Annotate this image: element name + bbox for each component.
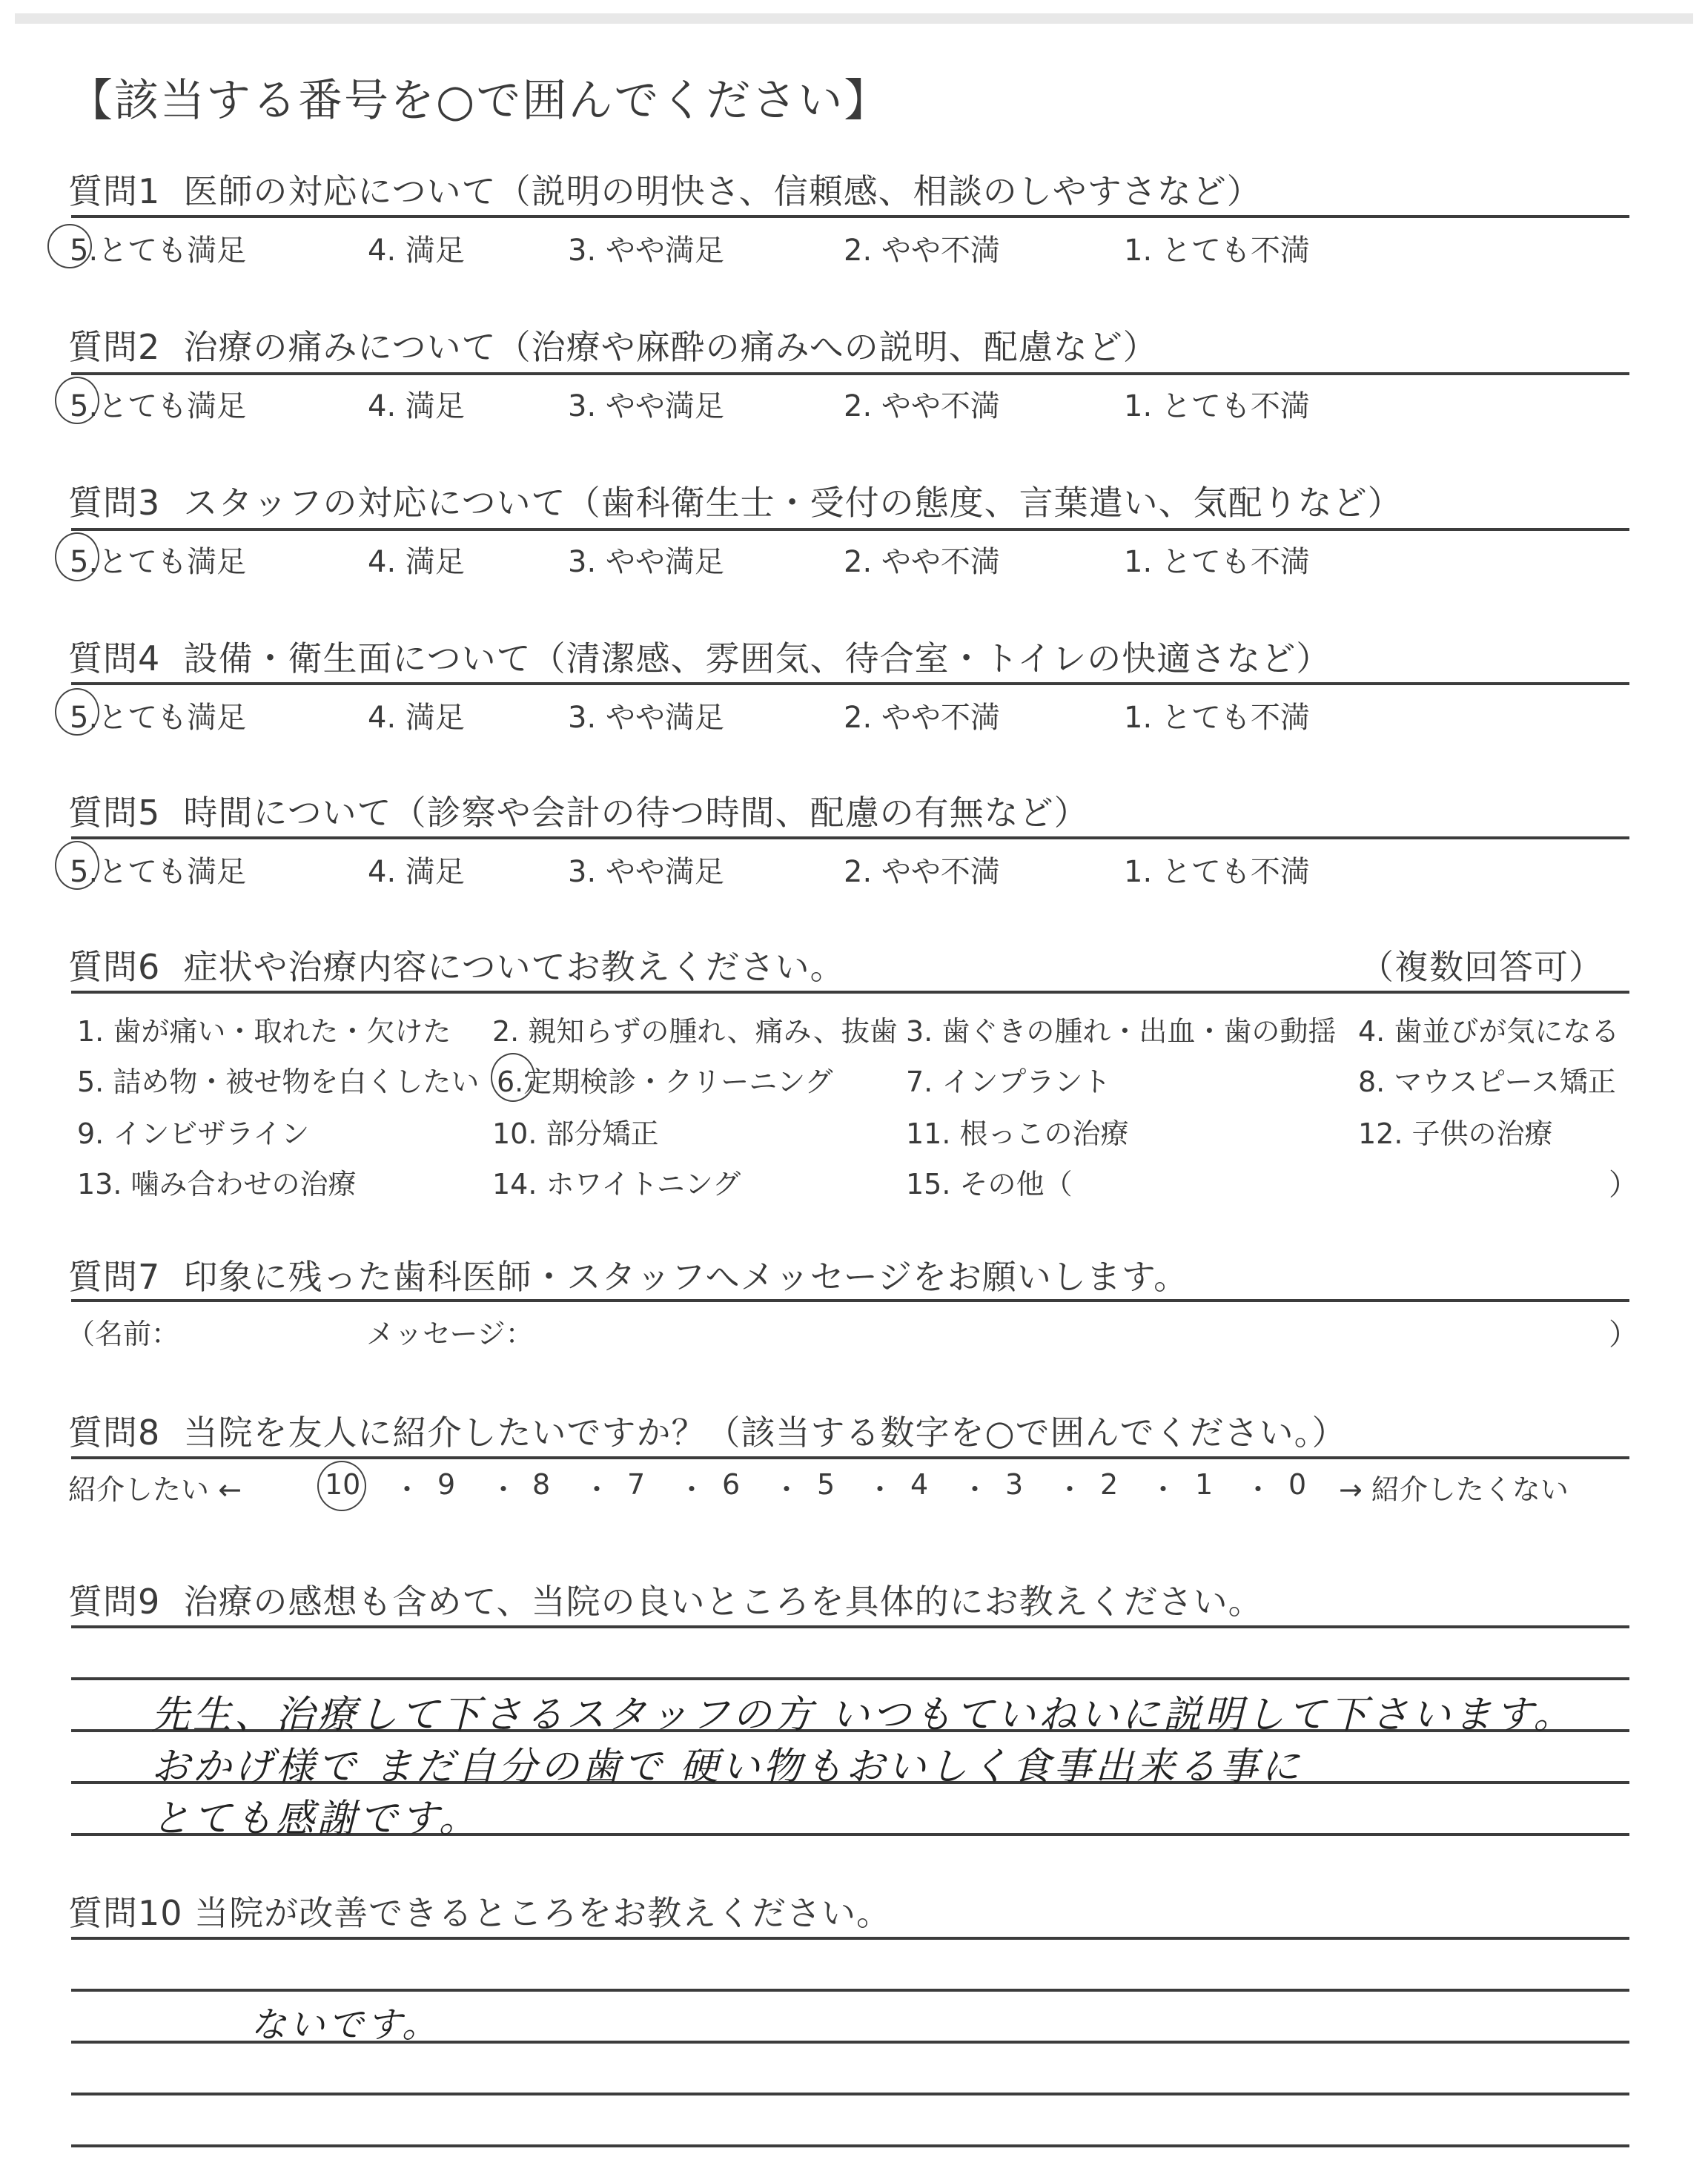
option-4[interactable]: 4. 満足 (368, 383, 465, 425)
question-text: 時間について（診察や会計の待つ時間、配慮の有無など） (184, 793, 1089, 833)
answer-line (71, 1625, 1629, 1628)
separator-dot: ・ (1244, 1467, 1272, 1507)
name-label: （名前： (67, 1311, 179, 1352)
option-1[interactable]: 1. とても不満 (1124, 848, 1310, 891)
q6-option-5[interactable]: 5. 詰め物・被せ物を白くしたい (77, 1059, 479, 1100)
separator-dot: ・ (1149, 1467, 1177, 1507)
option-5[interactable]: 5.とても満足 (70, 227, 246, 269)
option-3[interactable]: 3. やや満足 (568, 538, 724, 581)
scan-edge (15, 13, 1693, 24)
option-1[interactable]: 1. とても不満 (1124, 694, 1310, 736)
q6-option-2[interactable]: 2. 親知らずの腫れ、痛み、抜歯 (492, 1008, 898, 1049)
option-1[interactable]: 1. とても不満 (1124, 383, 1310, 425)
question-label: 質問1 (68, 171, 160, 211)
scale-0[interactable]: 0 (1288, 1468, 1306, 1501)
answer-line (71, 2093, 1629, 2095)
option-3[interactable]: 3. やや満足 (568, 694, 724, 736)
q9-answer-line-1: 先生、治療して下さるスタッフの方 いつもていねいに説明して下さいます。 (151, 1683, 1575, 1739)
divider (71, 215, 1629, 218)
answer-line (71, 1989, 1629, 1992)
q6-option-14[interactable]: 14. ホワイトニング (492, 1161, 741, 1202)
scale-9[interactable]: 9 (437, 1468, 455, 1501)
option-2[interactable]: 2. やや不満 (844, 694, 1000, 736)
question-text: 設備・衛生面について（清潔感、雰囲気、待合室・トイレの快適さなど） (184, 638, 1331, 678)
question-label: 質問8 (68, 1413, 160, 1453)
q6-option-1[interactable]: 1. 歯が痛い・取れた・欠けた (77, 1008, 451, 1049)
separator-dot: ・ (1056, 1467, 1084, 1507)
option-1[interactable]: 1. とても不満 (1124, 538, 1310, 581)
other-close-paren: ） (1609, 1161, 1638, 1203)
question-label: 質問4 (68, 638, 160, 678)
q6-option-9[interactable]: 9. インビザライン (77, 1111, 309, 1152)
option-1[interactable]: 1. とても不満 (1124, 227, 1310, 269)
answer-line (71, 1677, 1629, 1680)
option-3[interactable]: 3. やや満足 (568, 383, 724, 425)
option-2[interactable]: 2. やや不満 (844, 538, 1000, 581)
divider (71, 836, 1629, 839)
q6-option-6[interactable]: 6.定期検診・クリーニング (497, 1059, 833, 1100)
question-label: 質問2 (68, 327, 160, 367)
question-4: 質問4 設備・衛生面について（清潔感、雰囲気、待合室・トイレの快適さなど） (68, 632, 1331, 681)
option-5[interactable]: 5.とても満足 (70, 538, 246, 581)
question-text: 治療の感想も含めて、当院の良いところを具体的にお教えください。 (184, 1582, 1263, 1622)
question-7: 質問7 印象に残った歯科医師・スタッフへメッセージをお願いします。 (68, 1250, 1188, 1299)
scale-4[interactable]: 4 (910, 1468, 928, 1501)
recommend-left-label: 紹介したい ← (68, 1467, 242, 1507)
question-text: 印象に残った歯科医師・スタッフへメッセージをお願いします。 (184, 1257, 1189, 1297)
option-3[interactable]: 3. やや満足 (568, 227, 724, 269)
option-4[interactable]: 4. 満足 (368, 694, 465, 736)
divider (71, 991, 1629, 994)
option-5[interactable]: 5.とても満足 (70, 694, 246, 736)
recommend-right-label: → 紹介したくない (1339, 1467, 1569, 1507)
q10-answer-line-1: ないです。 (251, 1996, 440, 2047)
option-4[interactable]: 4. 満足 (368, 227, 465, 269)
divider (71, 682, 1629, 685)
message-close-paren: ） (1609, 1311, 1638, 1353)
option-2[interactable]: 2. やや不満 (844, 227, 1000, 269)
scale-2[interactable]: 2 (1100, 1468, 1118, 1501)
q6-option-10[interactable]: 10. 部分矯正 (492, 1111, 659, 1152)
message-label: メッセージ： (366, 1311, 534, 1352)
question-8: 質問8 当院を友人に紹介したいですか？（該当する数字を○で囲んでください。） (68, 1406, 1347, 1455)
scale-5[interactable]: 5 (817, 1468, 835, 1501)
option-3[interactable]: 3. やや満足 (568, 848, 724, 891)
question-label: 質問10 (68, 1893, 183, 1933)
option-4[interactable]: 4. 満足 (368, 538, 465, 581)
multiple-answers-note: （複数回答可） (1360, 940, 1603, 989)
question-label: 質問5 (68, 793, 160, 833)
option-5[interactable]: 5.とても満足 (70, 848, 246, 891)
option-5[interactable]: 5.とても満足 (70, 383, 246, 425)
separator-dot: ・ (961, 1467, 989, 1507)
question-3: 質問3 スタッフの対応について（歯科衛生士・受付の態度、言葉遣い、気配りなど） (68, 476, 1403, 525)
question-label: 質問9 (68, 1582, 160, 1622)
question-label: 質問7 (68, 1257, 160, 1297)
separator-dot: ・ (678, 1467, 706, 1507)
question-label: 質問6 (68, 947, 160, 987)
question-2: 質問2 治療の痛みについて（治療や麻酔の痛みへの説明、配慮など） (68, 320, 1158, 369)
option-2[interactable]: 2. やや不満 (844, 383, 1000, 425)
divider (71, 1456, 1629, 1459)
q6-option-7[interactable]: 7. インプラント (906, 1059, 1110, 1100)
q6-option-12[interactable]: 12. 子供の治療 (1358, 1111, 1553, 1152)
option-4[interactable]: 4. 満足 (368, 848, 465, 891)
option-2[interactable]: 2. やや不満 (844, 848, 1000, 891)
question-6: 質問6 症状や治療内容についてお教えください。 (68, 940, 845, 989)
question-text: 医師の対応について（説明の明快さ、信頼感、相談のしやすさなど） (184, 171, 1262, 211)
question-1: 質問1 医師の対応について（説明の明快さ、信頼感、相談のしやすさなど） (68, 165, 1262, 214)
scale-8[interactable]: 8 (532, 1468, 550, 1501)
q6-option-4[interactable]: 4. 歯並びが気になる (1358, 1008, 1619, 1049)
q6-option-3[interactable]: 3. 歯ぐきの腫れ・出血・歯の動揺 (906, 1008, 1336, 1049)
q6-option-8[interactable]: 8. マウスピース矯正 (1358, 1059, 1616, 1100)
scale-10[interactable]: 10 (325, 1468, 360, 1501)
question-10: 質問10 当院が改善できるところをお教えください。 (68, 1886, 891, 1935)
q6-option-15[interactable]: 15. その他（ (906, 1161, 1073, 1202)
separator-dot: ・ (393, 1467, 421, 1507)
q6-option-11[interactable]: 11. 根っこの治療 (906, 1111, 1129, 1152)
divider (71, 1299, 1629, 1302)
q9-answer-line-3: とても感謝です。 (151, 1787, 480, 1843)
question-text: スタッフの対応について（歯科衛生士・受付の態度、言葉遣い、気配りなど） (184, 483, 1403, 523)
question-text: 治療の痛みについて（治療や麻酔の痛みへの説明、配慮など） (184, 327, 1158, 367)
divider (71, 372, 1629, 375)
question-5: 質問5 時間について（診察や会計の待つ時間、配慮の有無など） (68, 786, 1089, 835)
answer-line (71, 2144, 1629, 2147)
page-title: 【該当する番号を○で囲んでください】 (68, 65, 890, 129)
scale-3[interactable]: 3 (1005, 1468, 1023, 1501)
separator-dot: ・ (772, 1467, 801, 1507)
separator-dot: ・ (583, 1467, 611, 1507)
q9-answer-line-2: おかげ様で まだ自分の歯で 硬い物もおいしく食事出来る事に (151, 1735, 1302, 1791)
question-9: 質問9 治療の感想も含めて、当院の良いところを具体的にお教えください。 (68, 1575, 1263, 1624)
question-text: 当院を友人に紹介したいですか？（該当する数字を○で囲んでください。） (184, 1413, 1347, 1453)
scale-1[interactable]: 1 (1195, 1468, 1213, 1501)
answer-line (71, 1937, 1629, 1940)
scale-7[interactable]: 7 (627, 1468, 645, 1501)
divider (71, 528, 1629, 531)
separator-dot: ・ (866, 1467, 894, 1507)
question-text: 当院が改善できるところをお教えください。 (194, 1893, 891, 1933)
separator-dot: ・ (489, 1467, 517, 1507)
scale-6[interactable]: 6 (722, 1468, 740, 1501)
question-label: 質問3 (68, 483, 160, 523)
question-text: 症状や治療内容についてお教えください。 (184, 947, 845, 987)
q6-option-13[interactable]: 13. 噛み合わせの治療 (77, 1161, 357, 1202)
